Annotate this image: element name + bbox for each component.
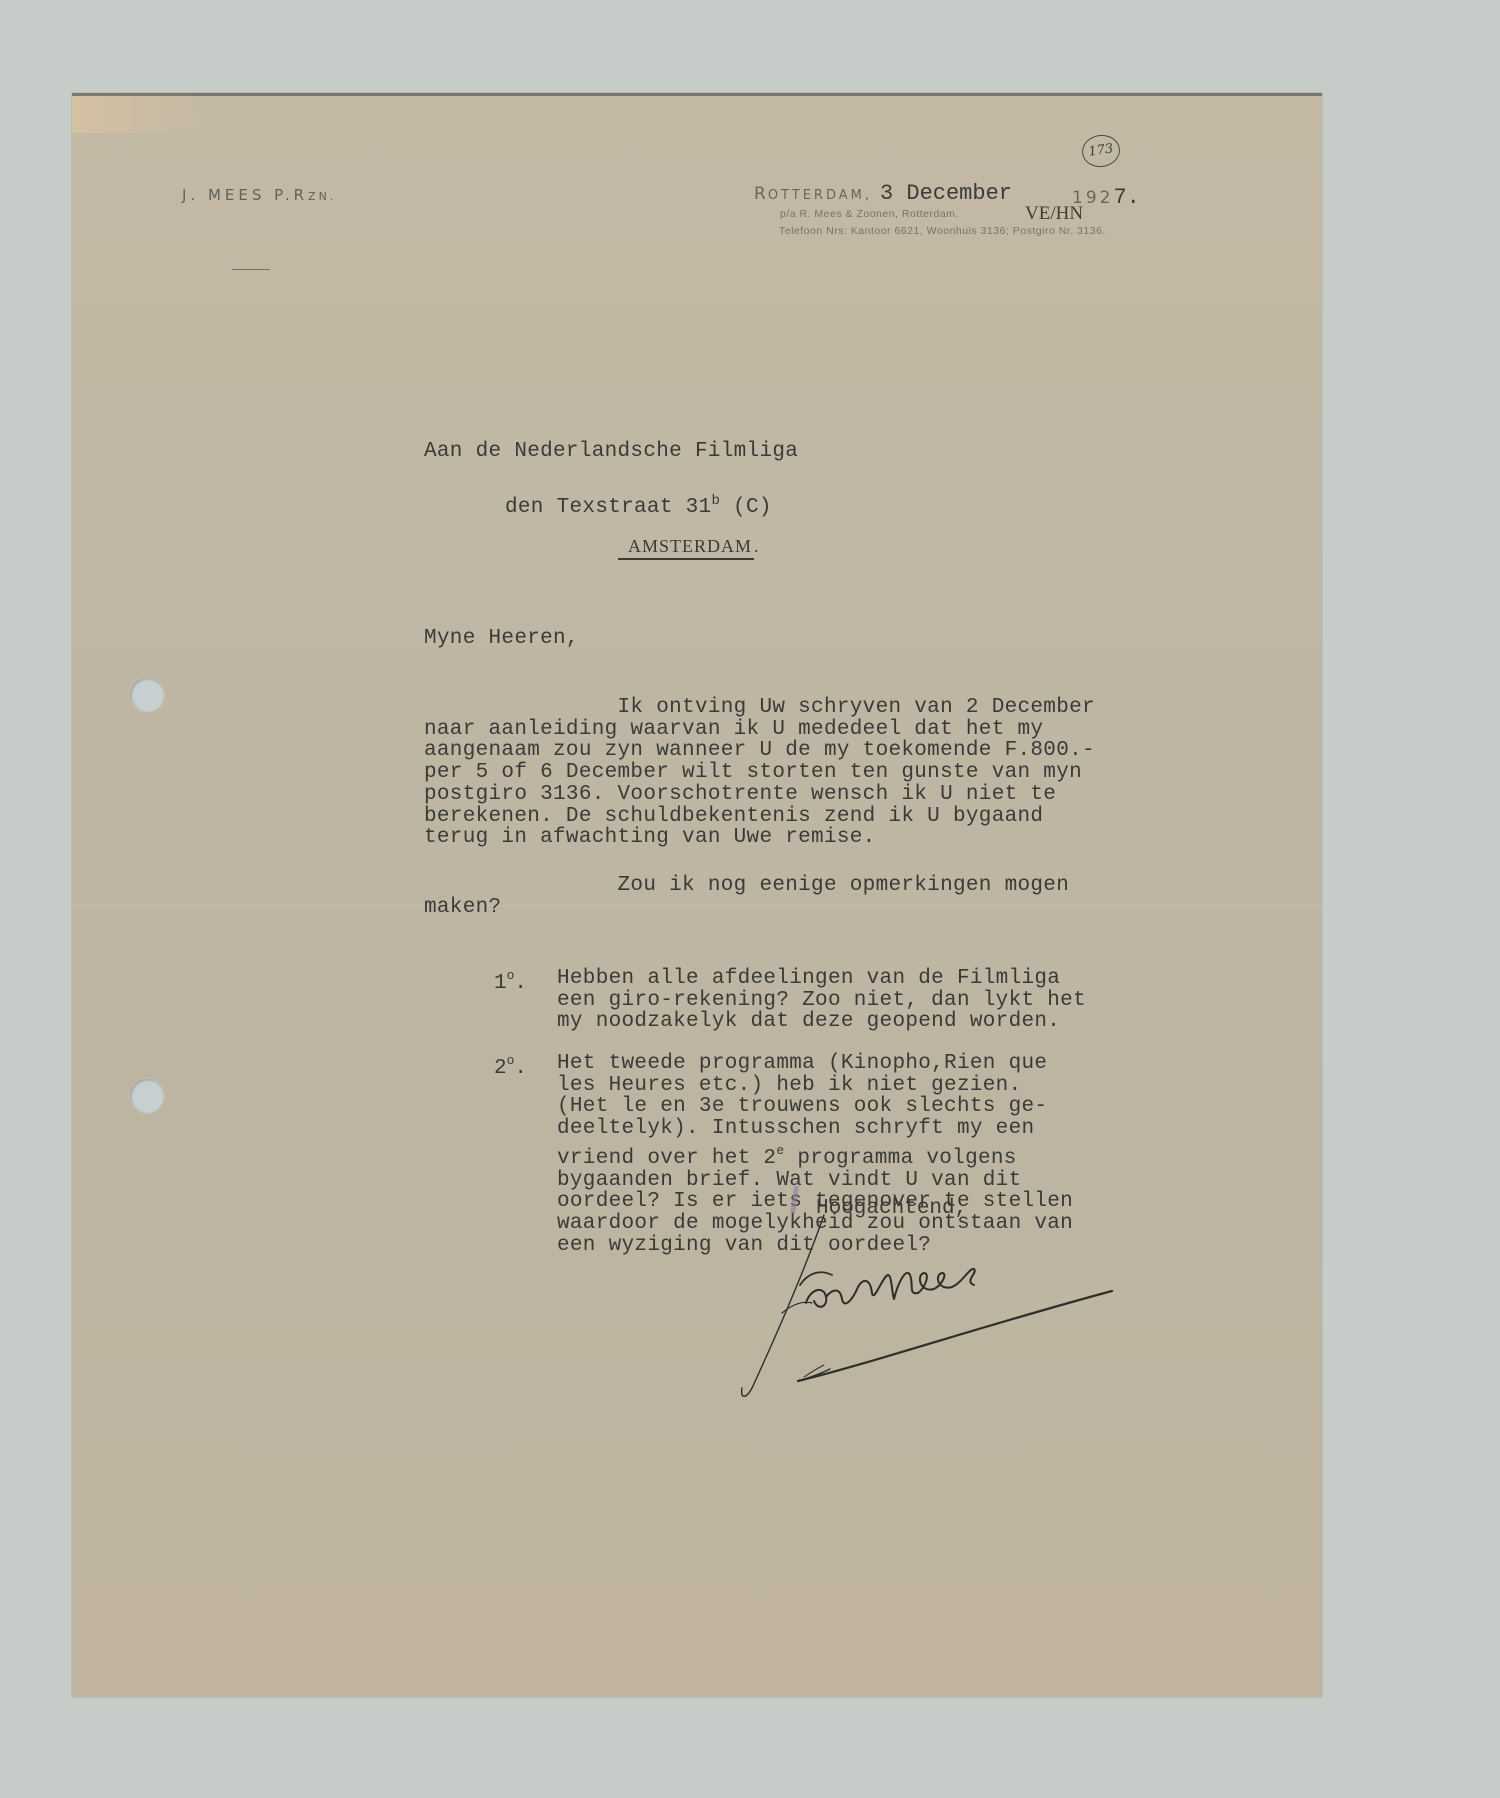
signature (712, 1203, 1132, 1413)
addressee: Aan de Nederlandsche Filmliga (424, 440, 798, 464)
sender-letterhead: J. MEES P.RZN. (182, 186, 336, 204)
date-day-month: 3 December (880, 181, 1012, 206)
place-date-line: ROTTERDAM,3 December (754, 181, 1012, 206)
address-street: den Texstraat 31b (C) (505, 489, 772, 520)
sender-name-suffix: ZN. (308, 190, 336, 203)
punch-hole-bottom (130, 1079, 164, 1113)
punch-hole-top (130, 678, 164, 712)
point-number-1: 1o. (494, 968, 527, 995)
archive-number-stamp: 173 (1080, 133, 1122, 170)
body-paragraph-2: Zou ik nog eenige opmerkingen mogen make… (424, 875, 1069, 918)
place-name: ROTTERDAM, (754, 188, 872, 203)
address-city: AMSTERDAM. (618, 534, 760, 558)
firm-address: p/a R. Mees & Zoonen, Rotterdam. (780, 208, 959, 220)
point-1-text: Hebben alle afdeelingen van de Filmliga … (557, 968, 1086, 1033)
letterhead-rule (232, 269, 270, 270)
point-number-2: 2o. (494, 1053, 527, 1080)
reference-code: VE/HN (1025, 203, 1083, 225)
salutation: Myne Heeren, (424, 627, 579, 651)
letter-page: J. MEES P.RZN. 173 ROTTERDAM,3 December … (72, 93, 1322, 1697)
body-paragraph-1: Ik ontving Uw schryven van 2 December na… (424, 697, 1095, 849)
contact-details: Telefoon Nrs: Kantoor 6621, Woonhuis 313… (779, 225, 1106, 237)
sender-name: J. MEES P.R (182, 186, 308, 204)
paper-edge (72, 93, 1322, 96)
